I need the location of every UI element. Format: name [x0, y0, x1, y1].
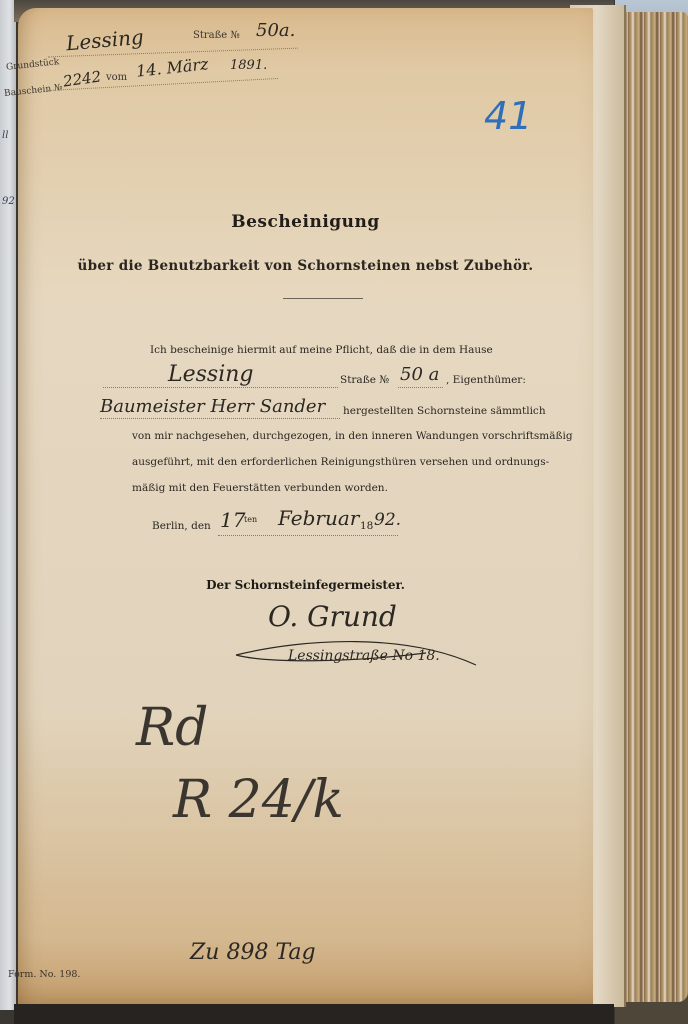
place-label: Berlin, den — [152, 520, 211, 532]
signature-name: O. Grund — [268, 600, 397, 633]
street-handwritten: Lessing — [168, 362, 254, 387]
grundstueck-value: Lessing — [65, 25, 145, 56]
day-handwritten: 17 — [220, 508, 245, 532]
strasse-number: 50a. — [256, 20, 295, 41]
title-divider — [283, 298, 363, 299]
strasse-label: Straße № — [193, 30, 240, 41]
month-handwritten: Februar — [278, 506, 359, 530]
body-line-4: von mir nachgesehen, durchgezogen, in de… — [132, 430, 573, 442]
document-title: Bescheinigung — [18, 212, 593, 232]
signature-title: Der Schornsteinfegermeister. — [18, 578, 593, 592]
left-margin-mark: ll — [2, 130, 8, 141]
year-printed: 18 — [360, 520, 373, 532]
owner-handwritten: Baumeister Herr Sander — [100, 396, 325, 417]
fill-line — [100, 418, 340, 419]
bottom-reference-note: Zu 898 Tag — [190, 940, 316, 965]
left-margin-mark: 92 — [2, 196, 15, 207]
bottom-shadow — [14, 1004, 614, 1024]
pencil-annotation-rd: Rd — [136, 698, 208, 758]
certificate-page: Grundstück Lessing Straße № 50a. Bausche… — [18, 8, 593, 1008]
fill-line — [398, 387, 443, 388]
signature-address: Lessingstraße No 18. — [288, 648, 440, 664]
body-line-3: hergestellten Schornsteine sämmtlich — [343, 405, 546, 417]
fill-line — [103, 387, 338, 388]
year-handwritten: 92. — [374, 510, 401, 530]
bauschein-year: 1891. — [230, 58, 267, 73]
page-number-blue-crayon: 41 — [484, 94, 532, 138]
eigenthuemer-label: , Eigenthümer: — [446, 374, 526, 386]
strasse-label-body: Straße № — [340, 374, 389, 386]
form-number: Form. No. 198. — [8, 969, 80, 980]
bauschein-date: 14. März — [135, 54, 209, 80]
document-subtitle: über die Benutzbarkeit von Schornsteinen… — [18, 258, 593, 274]
day-suffix: ten — [244, 515, 257, 524]
vom-label: vom — [106, 72, 127, 83]
house-number-handwritten: 50 a — [400, 364, 439, 385]
body-line-6: mäßig mit den Feuerstätten verbunden wor… — [132, 482, 388, 494]
pencil-annotation-r24k: R 24/k — [173, 770, 344, 830]
body-line-5: ausgeführt, mit den erforderlichen Reini… — [132, 456, 549, 468]
adjacent-page-edge: ll 92 — [0, 0, 16, 1010]
fill-line — [218, 535, 398, 536]
body-line-1: Ich bescheinige hiermit auf meine Pflich… — [150, 344, 493, 356]
